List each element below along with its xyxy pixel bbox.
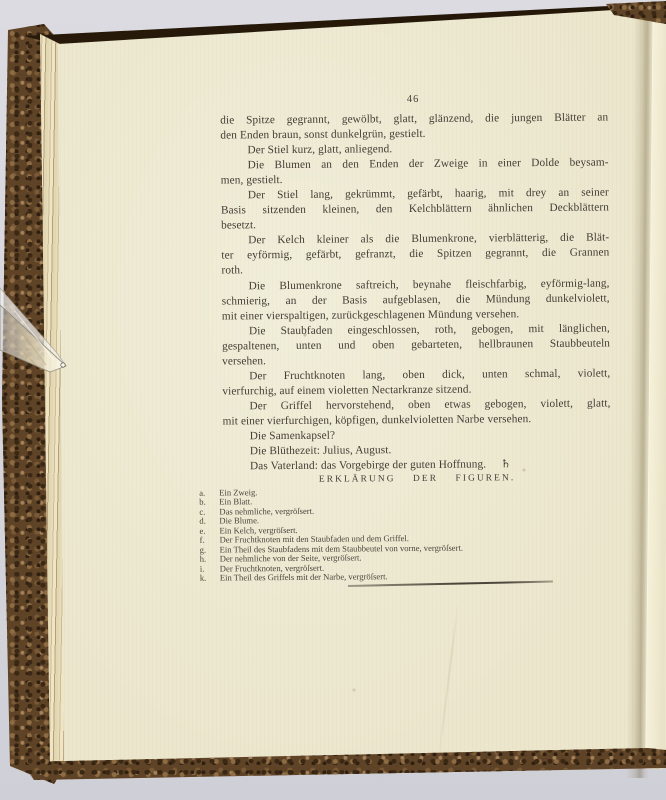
book-photo-scene: 46 die Spitze gegrannt, gewölbt, glatt, … — [0, 0, 666, 800]
text-line: schmierig, an der Basis aufgeblasen, die… — [222, 291, 610, 309]
body-text: die Spitze gegrannt, gewölbt, glatt, glä… — [220, 110, 611, 474]
figures-list: a. Ein Zweig. b. Ein Blatt. c. Das nehml… — [199, 486, 600, 584]
text-line: Der Griffel hervorstehend, oben etwas ge… — [222, 396, 610, 414]
text-line: die Spitze gegrannt, gewölbt, glatt, glä… — [220, 110, 608, 128]
text-line: gespaltenen, unten und oben gebarteten, … — [222, 336, 610, 354]
text-line: Der Fruchtknoten lang, oben dick, unten … — [222, 366, 610, 384]
figure-letter: k. — [200, 574, 220, 584]
page-number: 46 — [220, 92, 606, 106]
printed-page-content: 46 die Spitze gegrannt, gewölbt, glatt, … — [0, 0, 666, 800]
figures-heading: ERKLÄRUNG DER FIGUREN. — [223, 472, 611, 485]
